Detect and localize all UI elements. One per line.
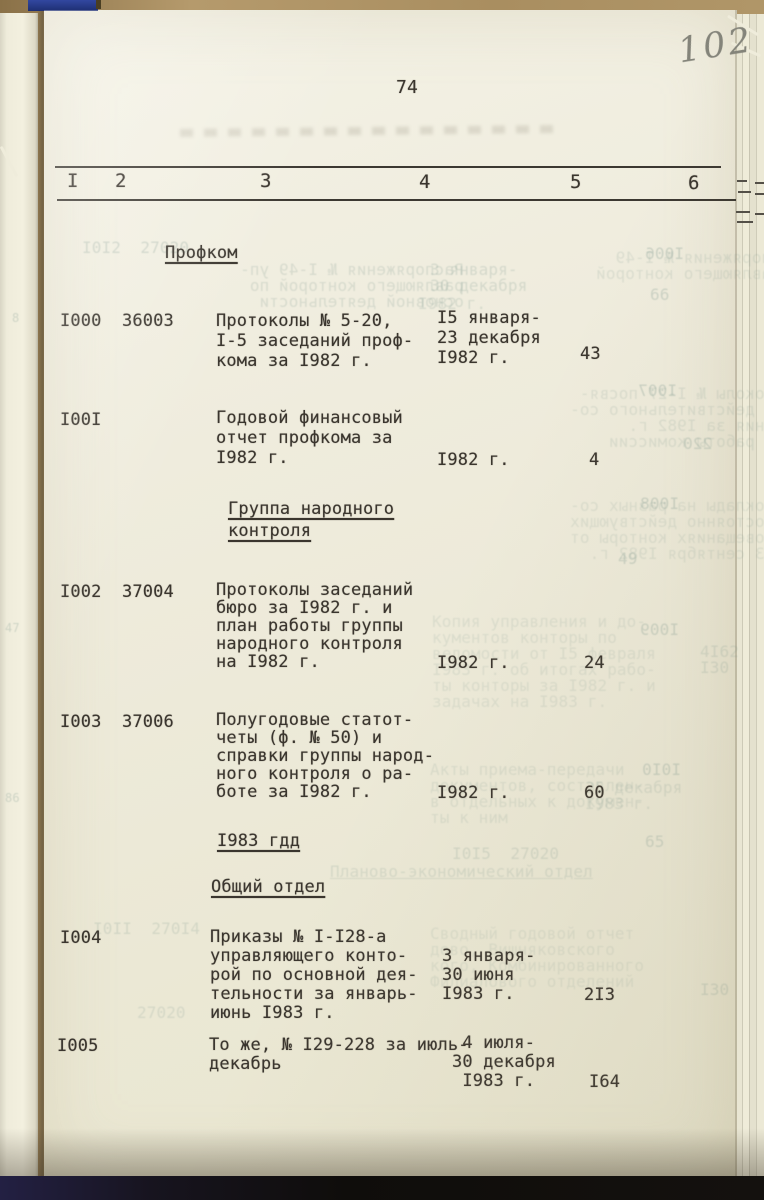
- row-1002-index-number: 37004: [122, 582, 174, 602]
- row-1000-title: Протоколы № 5-20, I-5 заседаний проф- ко…: [216, 311, 413, 371]
- bleedthrough-text: 27020: [137, 1005, 186, 1021]
- row-1003-title: Полугодовые статот- четы (ф. № 50) и спр…: [216, 711, 434, 801]
- row-1000-index-number: 36003: [122, 311, 174, 331]
- table-line-dash: [755, 193, 764, 195]
- table-line-dash: [737, 221, 753, 223]
- section-heading-gruppa-narodnogo-kontrolya: Группа народного контроля: [228, 498, 394, 542]
- table-line-dash: [736, 211, 750, 213]
- row-1003-index-number: 37006: [122, 712, 174, 732]
- bleedthrough-text: 4I62 I30: [700, 644, 739, 676]
- table-line-dash: [755, 213, 764, 215]
- column-number-4: 4: [419, 172, 431, 192]
- row-1002-title: Протоколы заседаний бюро за I982 г. и пл…: [216, 581, 413, 671]
- row-1005-sheet-count: I64: [589, 1072, 620, 1092]
- dark-table-edge: [0, 1176, 764, 1200]
- page-number: 74: [396, 78, 418, 98]
- table-line-dash: [737, 180, 747, 182]
- bleedthrough-text: Протоколы № I-27 посвя- щено действитель…: [570, 386, 764, 450]
- bleedthrough-text: Распоряжения № I-49 управляющего конторо…: [596, 250, 764, 282]
- row-1004-item-number: I004: [60, 928, 102, 948]
- bleedthrough-text: Доклады на разных со- постоянно действую…: [570, 498, 764, 562]
- bleedthrough-text: 220: [683, 436, 712, 452]
- column-number-2: 2: [115, 171, 127, 191]
- column-number-6: 6: [688, 173, 700, 193]
- row-1001-sheet-count: 4: [589, 450, 599, 470]
- row-1000-dates: I5 января- 23 декабря I982 г.: [437, 308, 541, 368]
- row-1002-dates: I982 г.: [437, 653, 510, 673]
- row-1003-dates: I982 г.: [437, 783, 510, 803]
- row-1002-item-number: I002: [60, 582, 102, 602]
- row-1004-title: Приказы № I-I28-а управляющего конто- ро…: [210, 928, 418, 1023]
- bottom-page-shadow: [0, 1128, 764, 1178]
- row-1001-dates: I982 г.: [437, 450, 510, 470]
- section-heading-1983-god: I983 гдд: [217, 831, 300, 851]
- row-1004-dates: 3 января- 30 июня I983 г.: [442, 947, 535, 1004]
- column-number-3: 3: [260, 171, 272, 191]
- previous-page-edge: [0, 13, 38, 1178]
- bleedthrough-text: I30: [700, 982, 729, 998]
- row-1003-sheet-count: 60: [584, 783, 605, 803]
- row-1004-sheet-count: 2I3: [584, 985, 615, 1005]
- bleedthrough-text: I0II 270I4: [93, 921, 200, 937]
- bleedthrough-text: 3 января- 30 декабря: [430, 262, 527, 294]
- row-1002-sheet-count: 24: [584, 653, 605, 673]
- header-rule-bottom: [57, 199, 736, 201]
- section-heading-profkom: Профком: [165, 243, 238, 263]
- column-number-1: I: [67, 171, 79, 191]
- row-1000-item-number: I000: [60, 311, 102, 331]
- bleedthrough-text: 49: [618, 551, 637, 567]
- blue-binder-edge: [28, 0, 98, 11]
- scanned-archive-inventory-page: I0I2 27020Распоряжения № I-49 уп- равляю…: [0, 0, 764, 1200]
- header-rule-top: [55, 166, 721, 168]
- bleedthrough-text: 8: [12, 310, 19, 326]
- bleedthrough-text: 66: [650, 287, 669, 303]
- row-1001-title: Годовой финансовый отчет профкома за I98…: [216, 408, 403, 468]
- row-1000-sheet-count: 43: [580, 344, 601, 364]
- bleedthrough-text: 47: [5, 620, 20, 636]
- bleedthrough-text: I0I5 27020: [452, 846, 559, 862]
- bleedthrough-text: I0I0: [642, 762, 681, 778]
- bleedthrough-text: Планово-экономический отдел: [330, 864, 593, 880]
- row-1005-title: То же, № I29-228 за июль- декабрь: [209, 1036, 469, 1074]
- row-1001-item-number: I00I: [60, 410, 102, 430]
- table-line-dash: [738, 191, 751, 193]
- binder-notch: [96, 0, 101, 9]
- bleedthrough-text: 65: [645, 834, 664, 850]
- section-heading-obschiy-otdel: Общий отдел: [211, 877, 325, 897]
- row-1005-item-number: I005: [57, 1036, 99, 1056]
- bleedthrough-text: 86: [5, 790, 20, 806]
- row-1003-item-number: I003: [60, 712, 102, 732]
- column-number-5: 5: [570, 172, 582, 192]
- row-1005-dates: 4 июля- 30 декабря I983 г.: [452, 1034, 556, 1091]
- page-stack-edges: [737, 14, 764, 1178]
- table-line-dash: [755, 182, 764, 184]
